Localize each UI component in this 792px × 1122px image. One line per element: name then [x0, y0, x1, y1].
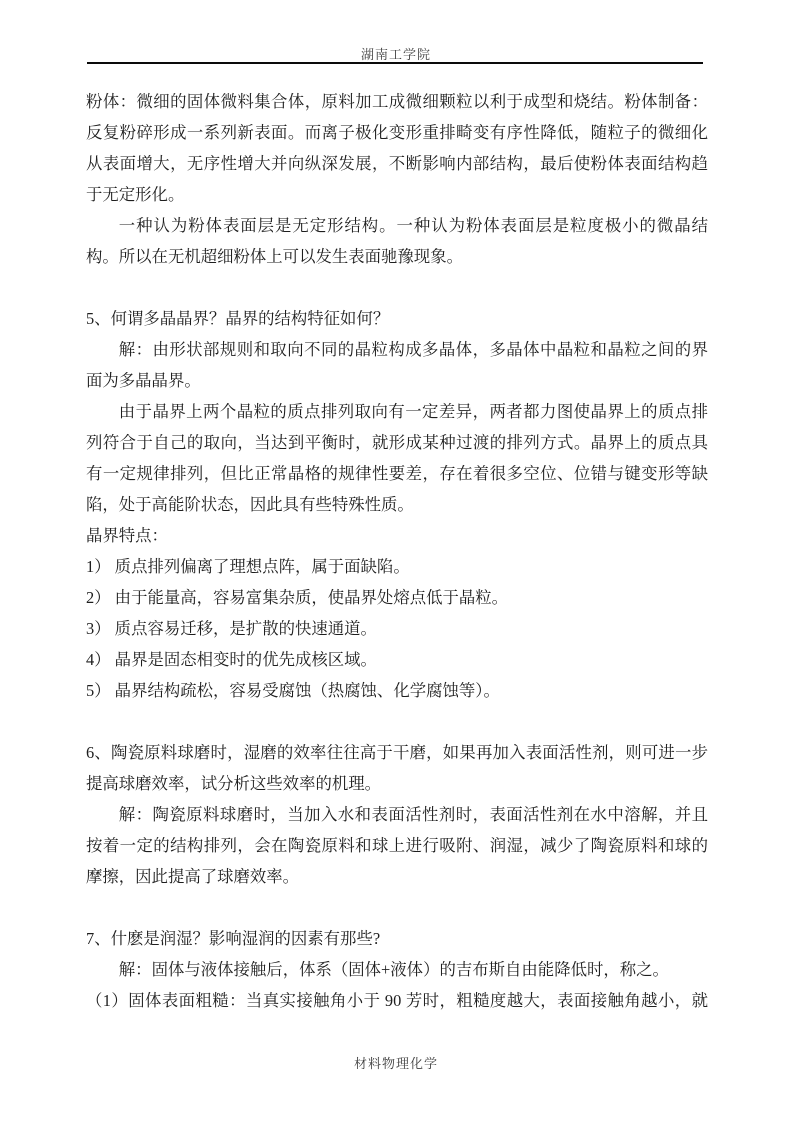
list-item: 2） 由于能量高，容易富集杂质，使晶界处熔点低于晶粒。 — [86, 582, 708, 613]
question-line: 5、何谓多晶晶界？晶界的结构特征如何？ — [86, 303, 708, 334]
paragraph: 解：固体与液体接触后，体系（固体+液体）的吉布斯自由能降低时，称之。 — [86, 954, 708, 985]
document-page: 湖南工学院 粉体：微细的固体微料集合体，原料加工成微细颗粒以利于成型和烧结。粉体… — [0, 0, 792, 1122]
paragraph: 晶界特点： — [86, 520, 708, 551]
page-header: 湖南工学院 — [86, 44, 706, 63]
question-line: 6、陶瓷原料球磨时，湿磨的效率往往高于干磨，如果再加入表面活性剂，则可进一步提高… — [86, 737, 708, 799]
header-divider — [87, 62, 703, 64]
list-item: 4） 晶界是固态相变时的优先成核区域。 — [86, 644, 708, 675]
blank-line — [86, 892, 708, 923]
paragraph: 由于晶界上两个晶粒的质点排列取向有一定差异，两者都力图使晶界上的质点排列符合于自… — [86, 396, 708, 520]
paragraph: （1）固体表面粗糙：当真实接触角小于 90 芳时，粗糙度越大，表面接触角越小，就 — [86, 985, 708, 1016]
question-line: 7、什麽是润湿？影响湿润的因素有那些? — [86, 923, 708, 954]
document-body: 粉体：微细的固体微料集合体，原料加工成微细颗粒以利于成型和烧结。粉体制备：反复粉… — [86, 86, 708, 1016]
footer-title: 材料物理化学 — [354, 1056, 438, 1071]
paragraph: 解：陶瓷原料球磨时，当加入水和表面活性剂时，表面活性剂在水中溶解，并且按着一定的… — [86, 799, 708, 892]
paragraph: 解：由形状部规则和取向不同的晶粒构成多晶体，多晶体中晶粒和晶粒之间的界面为多晶晶… — [86, 334, 708, 396]
list-item: 3） 质点容易迁移，是扩散的快速通道。 — [86, 613, 708, 644]
list-item: 1） 质点排列偏离了理想点阵，属于面缺陷。 — [86, 551, 708, 582]
blank-line — [86, 272, 708, 303]
header-title: 湖南工学院 — [361, 47, 431, 62]
paragraph: 粉体：微细的固体微料集合体，原料加工成微细颗粒以利于成型和烧结。粉体制备：反复粉… — [86, 86, 708, 210]
blank-line — [86, 706, 708, 737]
list-item: 5） 晶界结构疏松，容易受腐蚀（热腐蚀、化学腐蚀等）。 — [86, 675, 708, 706]
page-footer: 材料物理化学 — [86, 1053, 706, 1072]
paragraph: 一种认为粉体表面层是无定形结构。一种认为粉体表面层是粒度极小的微晶结构。所以在无… — [86, 210, 708, 272]
